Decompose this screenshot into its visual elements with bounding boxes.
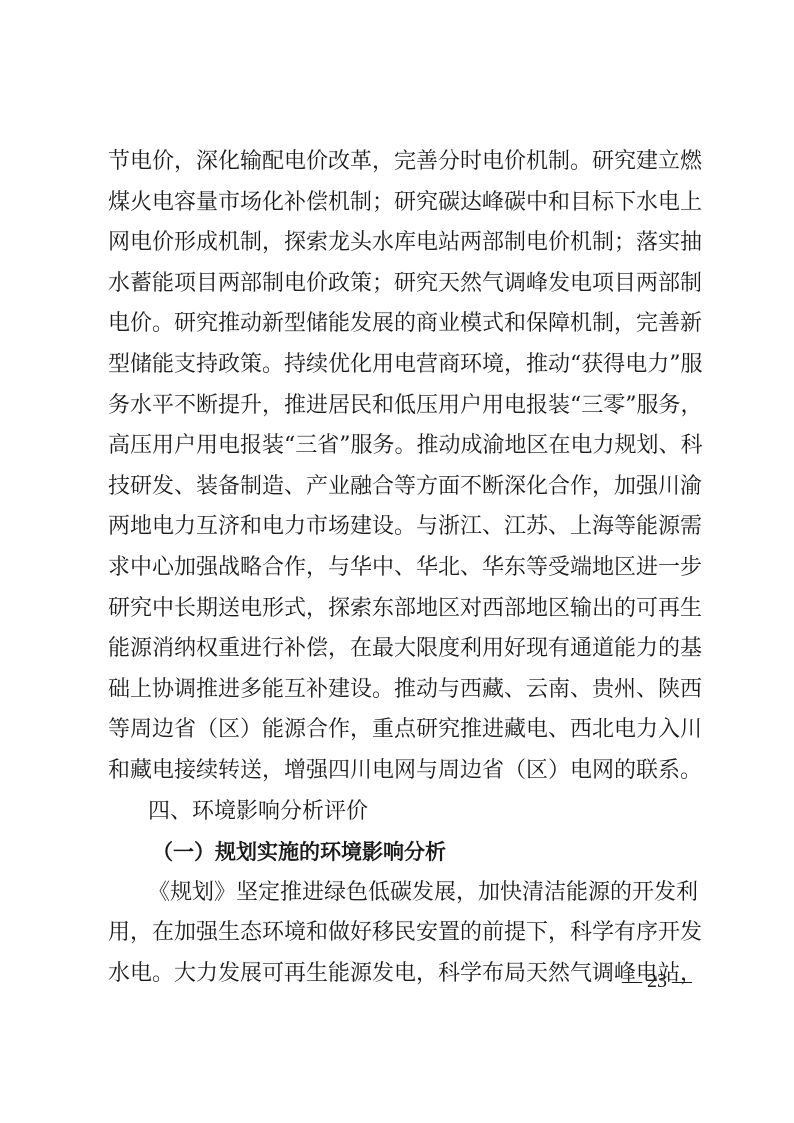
text-line: 高压用户用电报装“三省”服务。推动成渝地区在电力规划、科 <box>108 426 693 467</box>
text-line: 节电价，深化输配电价改革，完善分时电价机制。研究建立燃 <box>108 142 693 183</box>
paragraph-2: 《规划》坚定推进绿色低碳发展，加快清洁能源的开发利 用，在加强生态环境和做好移民… <box>108 873 693 995</box>
section-heading: 四、环境影响分析评价 <box>108 792 693 833</box>
text-line: 《规划》坚定推进绿色低碳发展，加快清洁能源的开发利 <box>108 873 693 914</box>
text-line: 求中心加强战略合作，与华中、华北、华东等受端地区进一步 <box>108 548 693 589</box>
text-line: 研究中长期送电形式，探索东部地区对西部地区输出的可再生 <box>108 589 693 630</box>
text-line: 能源消纳权重进行补偿，在最大限度利用好现有通道能力的基 <box>108 629 693 670</box>
text-line: 技研发、装备制造、产业融合等方面不断深化合作，加强川渝 <box>108 467 693 508</box>
text-line: 煤火电容量市场化补偿机制；研究碳达峰碳中和目标下水电上 <box>108 183 693 224</box>
paragraph-1: 节电价，深化输配电价改革，完善分时电价机制。研究建立燃 煤火电容量市场化补偿机制… <box>108 142 693 792</box>
text-line: 水蓄能项目两部制电价政策；研究天然气调峰发电项目两部制 <box>108 264 693 305</box>
text-line: 网电价形成机制，探索龙头水库电站两部制电价机制；落实抽 <box>108 223 693 264</box>
page-number: — 23 — <box>622 970 692 993</box>
subsection-heading: （一）规划实施的环境影响分析 <box>108 832 693 873</box>
text-line: 两地电力互济和电力市场建设。与浙江、江苏、上海等能源需 <box>108 507 693 548</box>
text-line: 等周边省（区）能源合作，重点研究推进藏电、西北电力入川 <box>108 710 693 751</box>
text-line: 础上协调推进多能互补建设。推动与西藏、云南、贵州、陕西 <box>108 670 693 711</box>
text-line: 电价。研究推动新型储能发展的商业模式和保障机制，完善新 <box>108 304 693 345</box>
text-line: 用，在加强生态环境和做好移民安置的前提下，科学有序开发 <box>108 913 693 954</box>
text-line: 水电。大力发展可再生能源发电，科学布局天然气调峰电站， <box>108 954 693 995</box>
text-line: 务水平不断提升，推进居民和低压用户用电报装“三零”服务， <box>108 386 693 427</box>
text-line: 型储能支持政策。持续优化用电营商环境，推动“获得电力”服 <box>108 345 693 386</box>
text-line: 和藏电接续转送，增强四川电网与周边省（区）电网的联系。 <box>108 751 693 792</box>
document-body: 节电价，深化输配电价改革，完善分时电价机制。研究建立燃 煤火电容量市场化补偿机制… <box>108 142 693 994</box>
